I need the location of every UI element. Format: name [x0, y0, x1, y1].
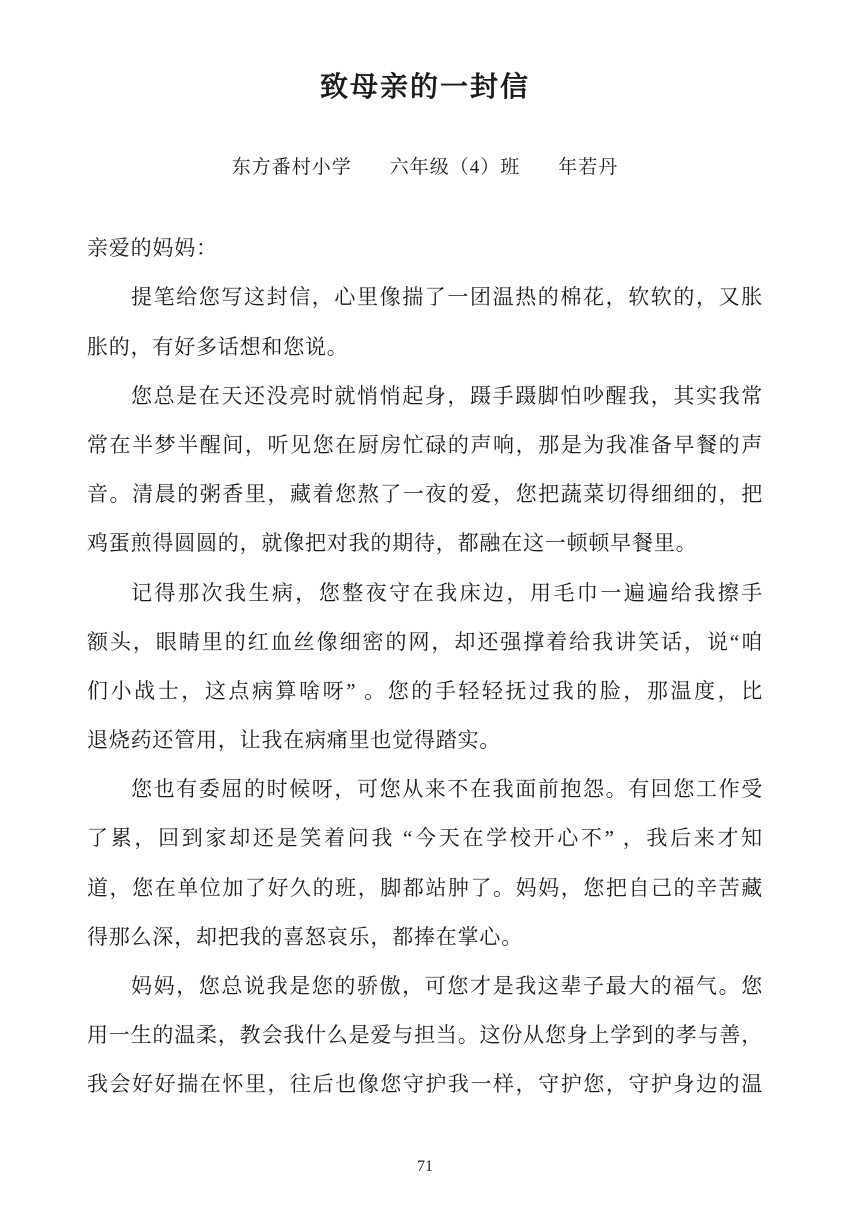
text-line: 您也有委屈的时候呀，可您从来不在我面前抱怨。有回您工作受 — [87, 765, 763, 814]
byline-school: 东方番村小学 — [232, 152, 352, 179]
letter-body: 亲爱的妈妈： 提笔给您写这封信，心里像揣了一团温热的棉花，软软的，又胀胀的，有好… — [87, 224, 763, 1109]
text-line: 我会好好揣在怀里，往后也像您守护我一样，守护您，守护身边的温 — [87, 1060, 763, 1109]
byline: 东方番村小学 六年级（4）班 年若丹 — [0, 152, 850, 179]
text-line: 们小战士，这点病算啥呀” 。您的手轻轻抚过我的脸，那温度，比 — [87, 667, 763, 716]
text-line: 常在半梦半醒间，听见您在厨房忙碌的声响，那是为我准备早餐的声 — [87, 421, 763, 470]
byline-class: 六年级（4）班 — [390, 152, 521, 179]
salutation-line: 亲爱的妈妈： — [87, 224, 763, 273]
text-line: 退烧药还管用，让我在病痛里也觉得踏实。 — [87, 716, 763, 765]
document-title: 致母亲的一封信 — [0, 0, 850, 104]
text-line: 胀的，有好多话想和您说。 — [87, 323, 763, 372]
text-line: 道，您在单位加了好久的班，脚都站肿了。妈妈，您把自己的辛苦藏 — [87, 864, 763, 913]
text-line: 额头，眼睛里的红血丝像细密的网，却还强撑着给我讲笑话，说“咱 — [87, 618, 763, 667]
byline-author: 年若丹 — [558, 152, 618, 179]
text-line: 记得那次我生病，您整夜守在我床边，用毛巾一遍遍给我擦手心、 — [87, 569, 763, 618]
text-line: 您总是在天还没亮时就悄悄起身，蹑手蹑脚怕吵醒我，其实我常 — [87, 372, 763, 421]
text-line: 用一生的温柔，教会我什么是爱与担当。这份从您身上学到的孝与善， — [87, 1011, 763, 1060]
text-line: 音。清晨的粥香里，藏着您熬了一夜的爱，您把蔬菜切得细细的，把 — [87, 470, 763, 519]
document-page: 致母亲的一封信 东方番村小学 六年级（4）班 年若丹 亲爱的妈妈： 提笔给您写这… — [0, 0, 850, 1205]
text-line: 妈妈，您总说我是您的骄傲，可您才是我这辈子最大的福气。您 — [87, 962, 763, 1011]
text-line: 了累，回到家却还是笑着问我 “今天在学校开心不” ，我后来才知 — [87, 814, 763, 863]
text-line: 提笔给您写这封信，心里像揣了一团温热的棉花，软软的，又胀 — [87, 273, 763, 322]
text-line: 得那么深，却把我的喜怒哀乐，都捧在掌心。 — [87, 913, 763, 962]
text-line: 鸡蛋煎得圆圆的，就像把对我的期待，都融在这一顿顿早餐里。 — [87, 519, 763, 568]
page-number: 71 — [0, 1158, 850, 1176]
